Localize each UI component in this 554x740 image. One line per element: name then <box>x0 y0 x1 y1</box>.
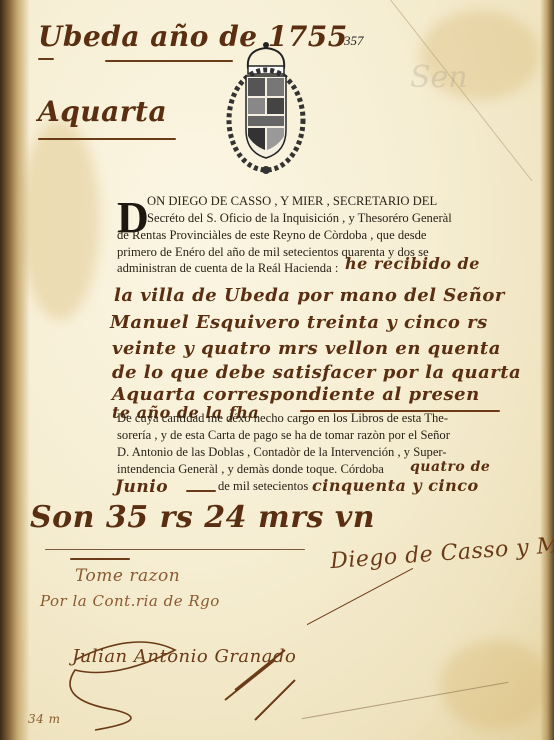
handwritten-fill: he recibido de <box>345 254 480 273</box>
handwritten-fill: de lo que debe satisfacer por la quarta <box>112 362 521 383</box>
registration-note: Por la Cont.ria de Rgo <box>40 592 220 610</box>
handwritten-fill: Aquarta correspondiente al presen <box>112 384 480 405</box>
underline <box>38 58 54 60</box>
handwritten-fill: veinte y quatro mrs vellon en quenta <box>112 338 501 359</box>
printed-line: ON DIEGO DE CASSO , Y MIER , SECRETARIO … <box>147 193 437 210</box>
underline <box>105 60 233 62</box>
binding-edge <box>0 0 30 740</box>
printed-line: Secréto del S. Oficio de la Inquisición … <box>147 210 452 227</box>
printed-line: administran de cuenta de la Reál Haciend… <box>117 260 338 277</box>
paper-stain <box>20 120 100 320</box>
printed-line: De cuya cantidàd me déxo hecho cargo en … <box>117 410 448 427</box>
margin-note: 34 m <box>28 712 60 726</box>
underline <box>38 138 176 140</box>
signature-flourish <box>307 568 413 625</box>
treasurer-signature: Diego de Casso y Mier <box>329 531 554 574</box>
handwritten-fill: cinquenta y cinco <box>312 476 479 495</box>
royal-crest-icon <box>226 40 306 176</box>
signature-flourish-icon <box>55 620 305 740</box>
printed-line: D. Antonio de las Doblas , Contadòr de l… <box>117 444 447 461</box>
printed-line: sorería , y de esta Carta de pago se ha … <box>117 427 450 444</box>
amount-line: Son 35 rs 24 mrs vn <box>30 500 375 535</box>
handwritten-fill: quatro de <box>410 459 490 475</box>
folio-number: 357 <box>344 33 364 49</box>
note-stroke <box>70 558 130 560</box>
page-edge <box>540 0 554 740</box>
printed-line: de mil setecientos <box>218 478 308 495</box>
handwritten-fill: Manuel Esquivero treinta y cinco rs <box>110 312 488 333</box>
handwritten-fill: Junio <box>115 477 168 497</box>
registration-note: Tome razon <box>75 566 180 586</box>
header-subject: Aquarta <box>38 95 167 128</box>
fill-line <box>186 490 216 492</box>
bleed-through-text: Sen <box>410 60 468 95</box>
printed-line: de Rentas Provinciàles de este Reyno de … <box>117 227 427 244</box>
handwritten-fill: la villa de Ubeda por mano del Señor <box>114 285 505 306</box>
document-page: Sen Ubeda año de 1755 Aquarta 357 D ON D… <box>0 0 554 740</box>
amount-underline <box>45 549 305 550</box>
